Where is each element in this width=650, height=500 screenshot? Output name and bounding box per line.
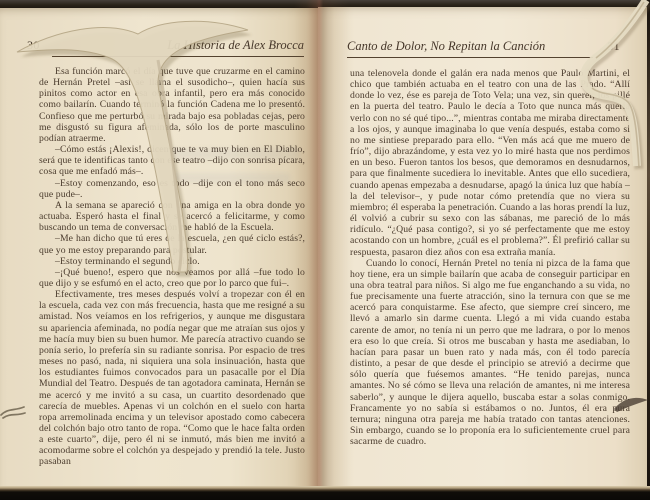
paragraph: –Estoy terminando el segundo ciclo.	[39, 256, 305, 267]
page-number: 31	[607, 39, 620, 54]
book-spread-photo: 30 La Historia de Alex Brocca Esa funció…	[0, 0, 650, 500]
left-page: 30 La Historia de Alex Brocca Esa funció…	[0, 8, 318, 486]
running-title: Canto de Dolor, No Repitan la Canción	[347, 39, 545, 54]
show-through-smudge	[150, 148, 300, 160]
running-title: La Historia de Alex Brocca	[167, 38, 304, 53]
paragraph: Efectivamente, tres meses después volví …	[39, 289, 305, 468]
header-rule: Canto de Dolor, No Repitan la Canción	[347, 39, 593, 58]
page-number: 30	[27, 38, 40, 53]
paragraph: A la semana se apareció con una amiga en…	[39, 200, 305, 233]
book-bottom-edge	[0, 486, 650, 500]
right-page-text: una telenovela donde el galán era nada m…	[350, 68, 630, 447]
right-page-header: Canto de Dolor, No Repitan la Canción 31	[347, 39, 620, 58]
left-page-header: 30 La Historia de Alex Brocca	[27, 38, 304, 57]
paragraph: –¡Qué bueno!, espero que nos veamos por …	[39, 267, 305, 289]
right-page: Canto de Dolor, No Repitan la Canción 31…	[318, 7, 648, 488]
paragraph: una telenovela donde el galán era nada m…	[350, 68, 630, 258]
header-rule: La Historia de Alex Brocca	[52, 38, 304, 57]
paragraph: Esa función marcó el día que tuve que cr…	[39, 66, 305, 144]
paragraph: Cuando lo conocí, Hernán Pretel no tenía…	[350, 258, 630, 448]
show-through-smudge	[170, 173, 290, 183]
left-page-text: Esa función marcó el día que tuve que cr…	[39, 66, 305, 468]
paragraph: –Me han dicho que tú eres de la escuela,…	[39, 233, 305, 255]
